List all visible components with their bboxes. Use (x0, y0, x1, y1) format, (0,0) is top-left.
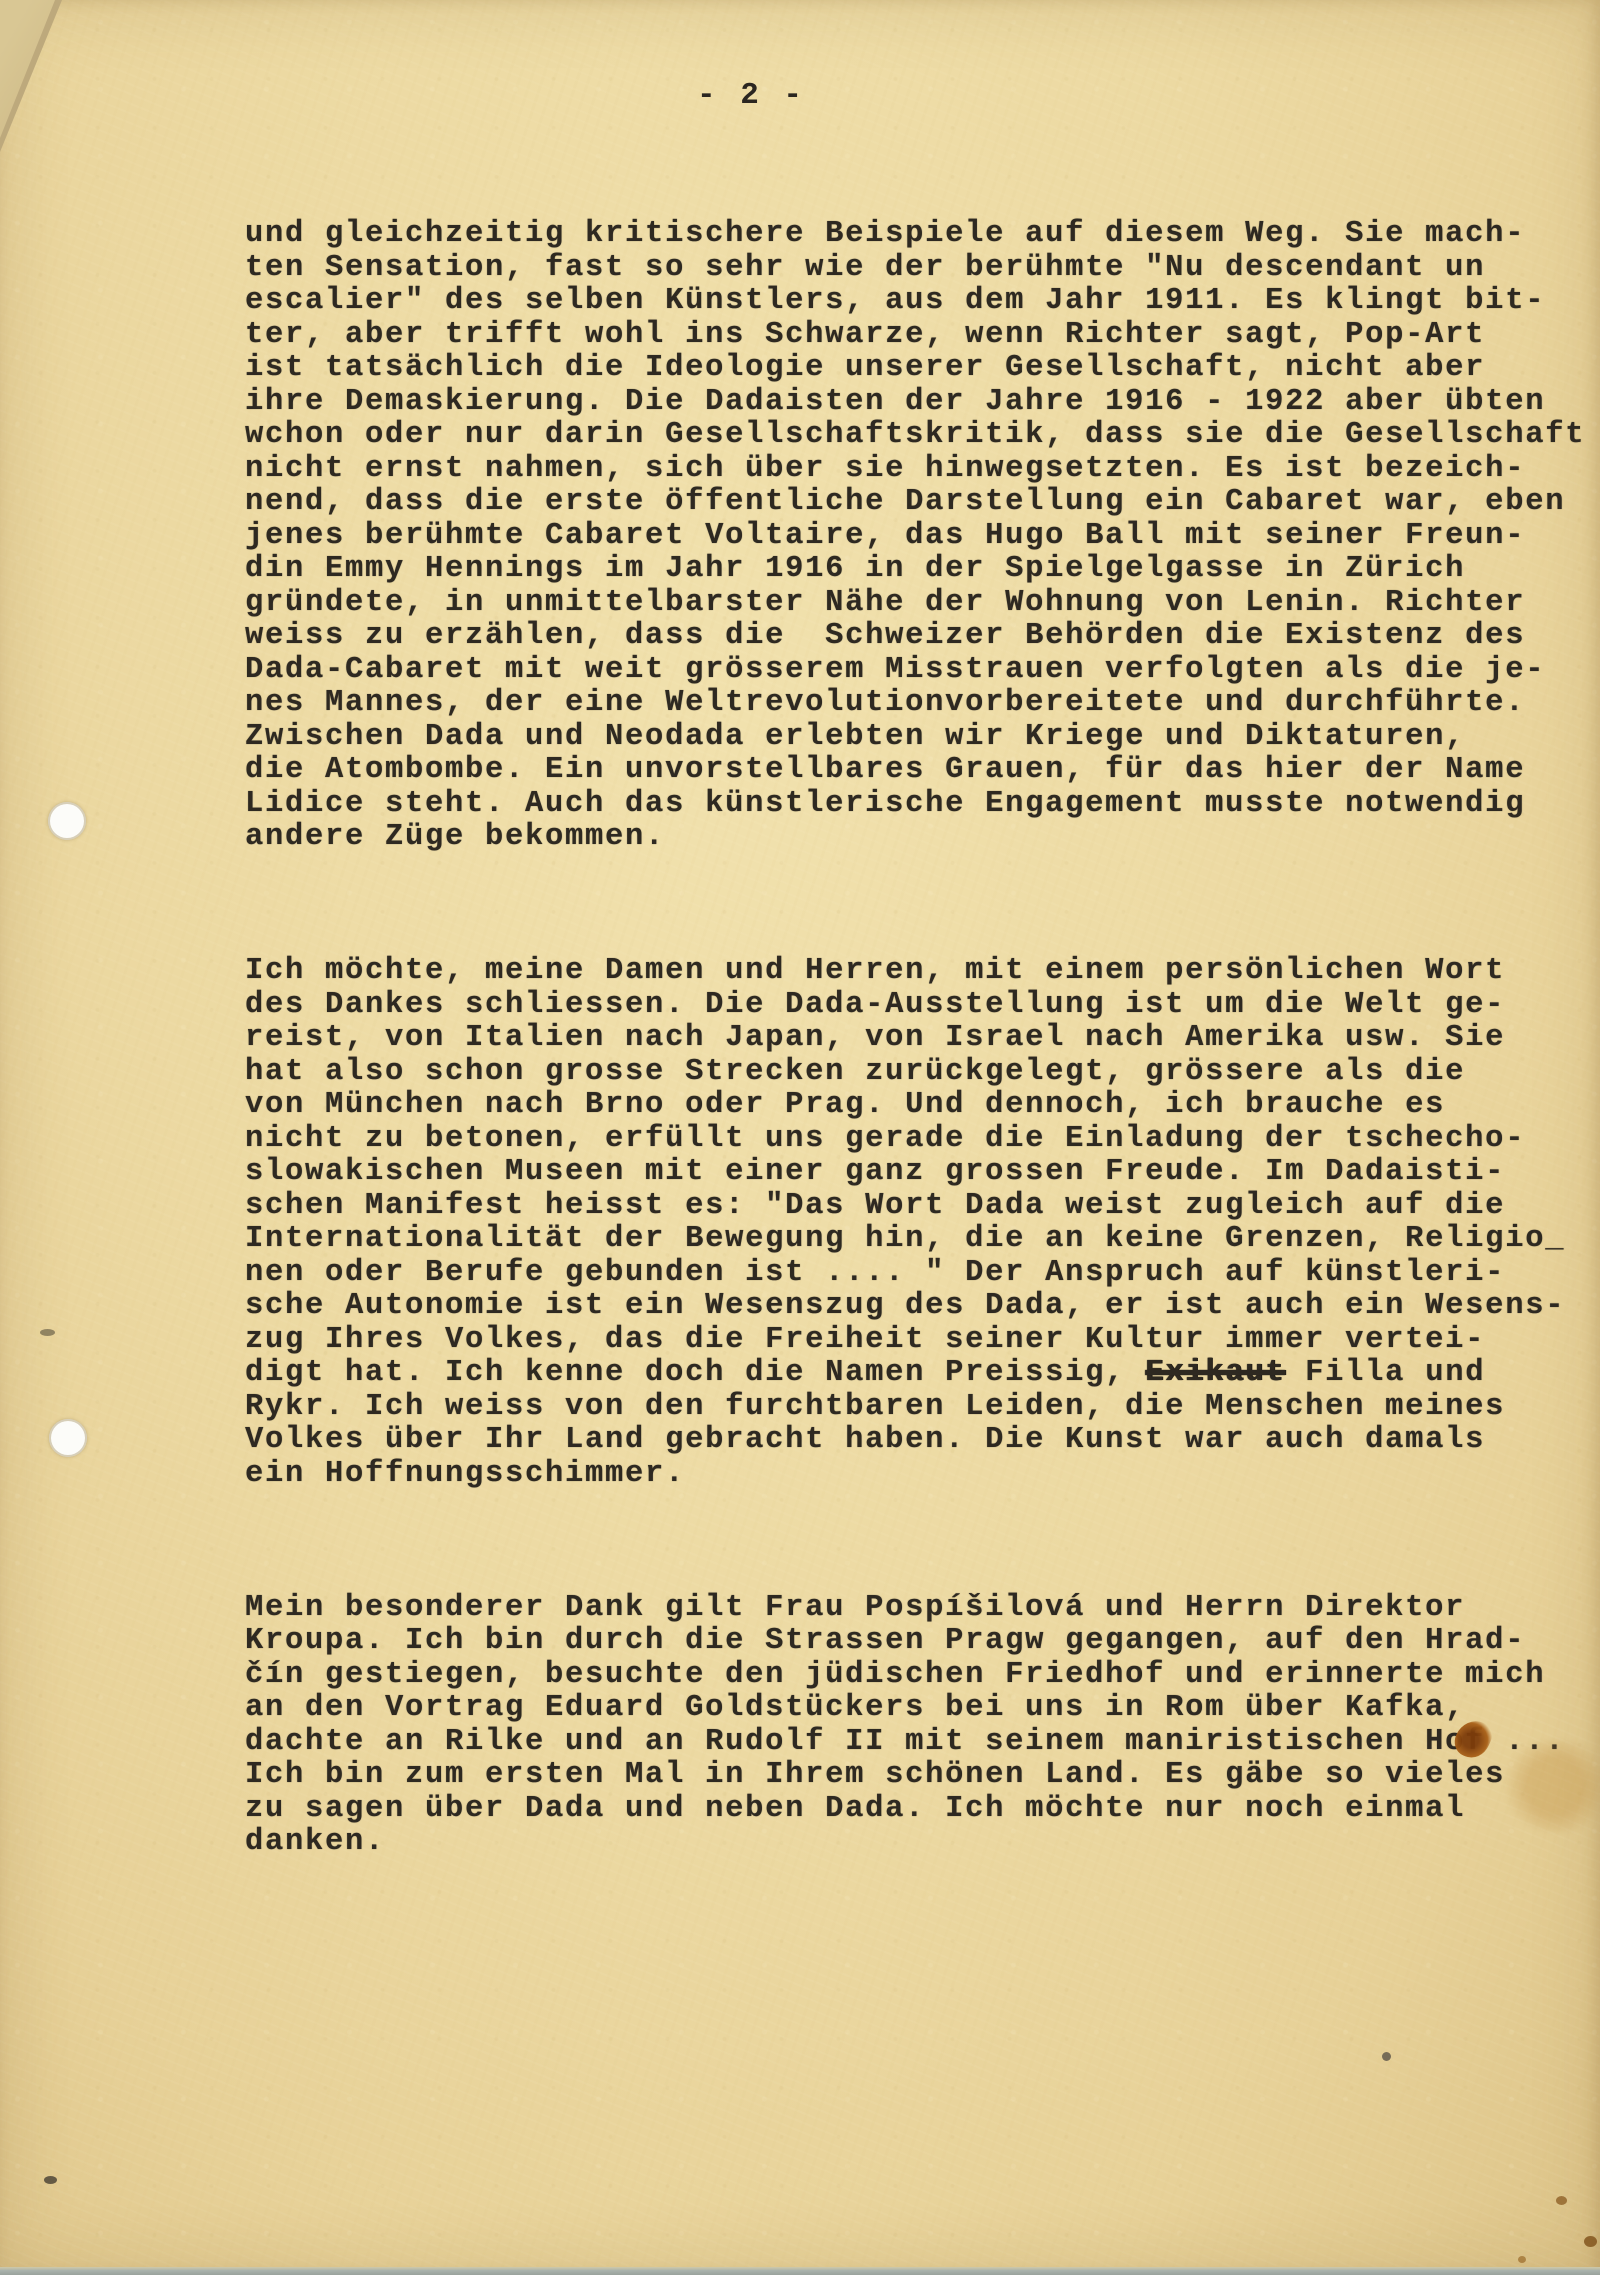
page-number: - 2 - (697, 78, 805, 113)
paragraph-3: Mein besonderer Dank gilt Frau Pospíšilo… (245, 1592, 1590, 1860)
corner-fold (0, 0, 64, 152)
scanner-bed-edge (0, 2267, 1600, 2275)
paragraph-1: und gleichzeitig kritischere Beispiele a… (245, 218, 1590, 855)
paper-speck (40, 1329, 55, 1336)
punch-hole-bottom (49, 1419, 87, 1457)
paper-speck (44, 2176, 57, 2184)
paper-speck (1584, 2236, 1597, 2247)
paragraph-2-text-before-strike: Ich möchte, meine Damen und Herren, mit … (245, 954, 1565, 1390)
punch-hole-top (48, 802, 86, 840)
paragraph-2: Ich möchte, meine Damen und Herren, mit … (245, 955, 1590, 1491)
paper-speck (1382, 2052, 1391, 2061)
paper-speck (1556, 2196, 1567, 2205)
paper-speck (1518, 2256, 1526, 2263)
typewritten-text: und gleichzeitig kritischere Beispiele a… (245, 151, 1590, 1927)
scanned-typewritten-page: - 2 - und gleichzeitig kritischere Beisp… (0, 0, 1600, 2275)
struck-out-word: Exikaut (1145, 1356, 1285, 1390)
